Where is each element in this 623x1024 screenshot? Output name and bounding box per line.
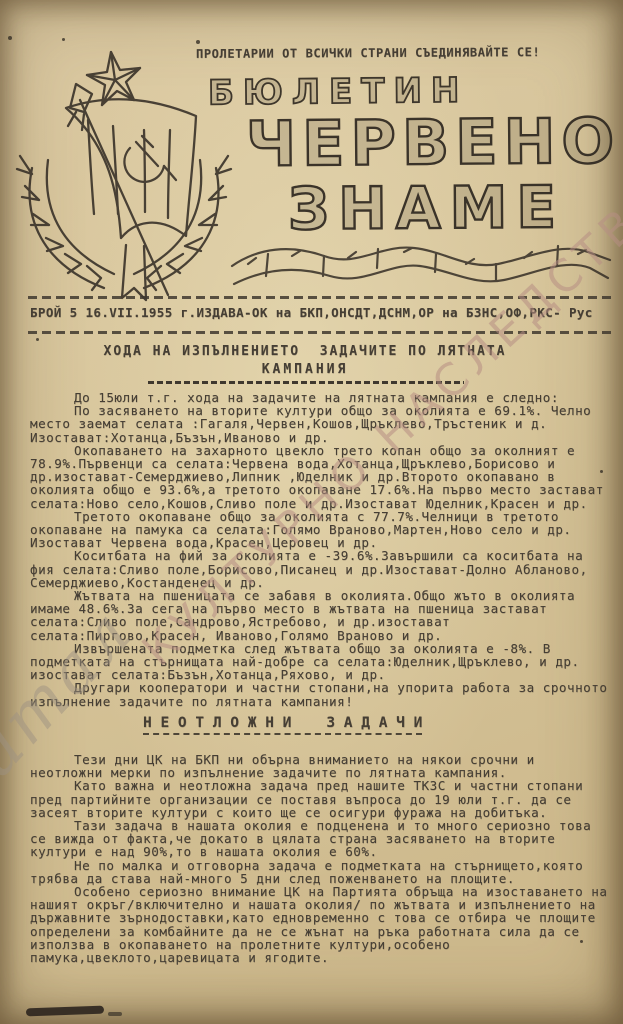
section2-body: Тези дни ЦК на БКП ни обърна вниманието … — [30, 753, 614, 964]
scanned-bulletin-page: ПРОЛЕТАРИИ ОТ ВСИЧКИ СТРАНИ СЪЕДИНЯВАЙТЕ… — [0, 0, 623, 1024]
ink-speck — [600, 470, 603, 473]
ink-speck — [196, 40, 200, 44]
ink-speck — [62, 38, 65, 41]
paragraph: Третото окопаване общо за околията с 77.… — [30, 510, 614, 550]
paragraph: Като важна и неотложна задача пред нашит… — [30, 779, 614, 819]
ink-speck — [36, 338, 39, 341]
dashed-rule-under-issue — [28, 331, 616, 334]
slogan-line: ПРОЛЕТАРИИ ОТ ВСИЧКИ СТРАНИ СЪЕДИНЯВАЙТЕ… — [196, 45, 540, 61]
paragraph: Тази задача в нашата околия е подценена … — [30, 819, 614, 859]
masthead-title-line1: ЧЕРВЕНО — [246, 104, 621, 180]
ink-speck — [580, 940, 583, 943]
paragraph: Не по малка и отговорна задача е подметк… — [30, 859, 614, 885]
paragraph: Тези дни ЦК на БКП ни обърна вниманието … — [30, 753, 614, 779]
section2-heading: Н Е О Т Л О Ж Н И З А Д А Ч И — [143, 715, 422, 735]
paragraph: Окопаването на захарното цвекло трето ко… — [30, 444, 614, 510]
section1-body: До 15юли т.г. хода на задачите на лятнат… — [30, 391, 614, 717]
paragraph: Особено сериозно внимание ЦК на Партията… — [30, 885, 614, 964]
paragraph: Другари кооператори и частни стопани,на … — [30, 681, 614, 707]
paragraph: Жътвата на пшеницата се забавя в околият… — [30, 589, 614, 642]
dashed-rule-top — [28, 296, 616, 299]
paragraph: Коситбата на фий за околията е -39.6%.За… — [30, 549, 614, 589]
paragraph: Извършената подметка след жътвата общо з… — [30, 642, 614, 682]
ink-speck — [8, 36, 12, 40]
masthead-title-line2: ЗНАМЕ — [288, 173, 565, 243]
section1-heading-line1: ХОДА НА ИЗПЪЛНЕНИЕТО ЗАДАЧИТЕ ПО ЛЯТНАТА — [0, 344, 610, 359]
ink-smudge — [26, 1006, 104, 1017]
section1-heading-line2: КАМПАНИЯ — [0, 362, 610, 377]
issue-line: БРОЙ 5 16.VII.1955 г.ИЗДАВА-ОК на БКП,ОН… — [30, 305, 593, 320]
emblem-star-flag-wheat-icon — [18, 50, 230, 300]
ink-smudge — [108, 1012, 122, 1016]
paragraph: По засяването на вторите култури общо за… — [30, 404, 614, 444]
section1-heading-underline — [148, 381, 464, 384]
